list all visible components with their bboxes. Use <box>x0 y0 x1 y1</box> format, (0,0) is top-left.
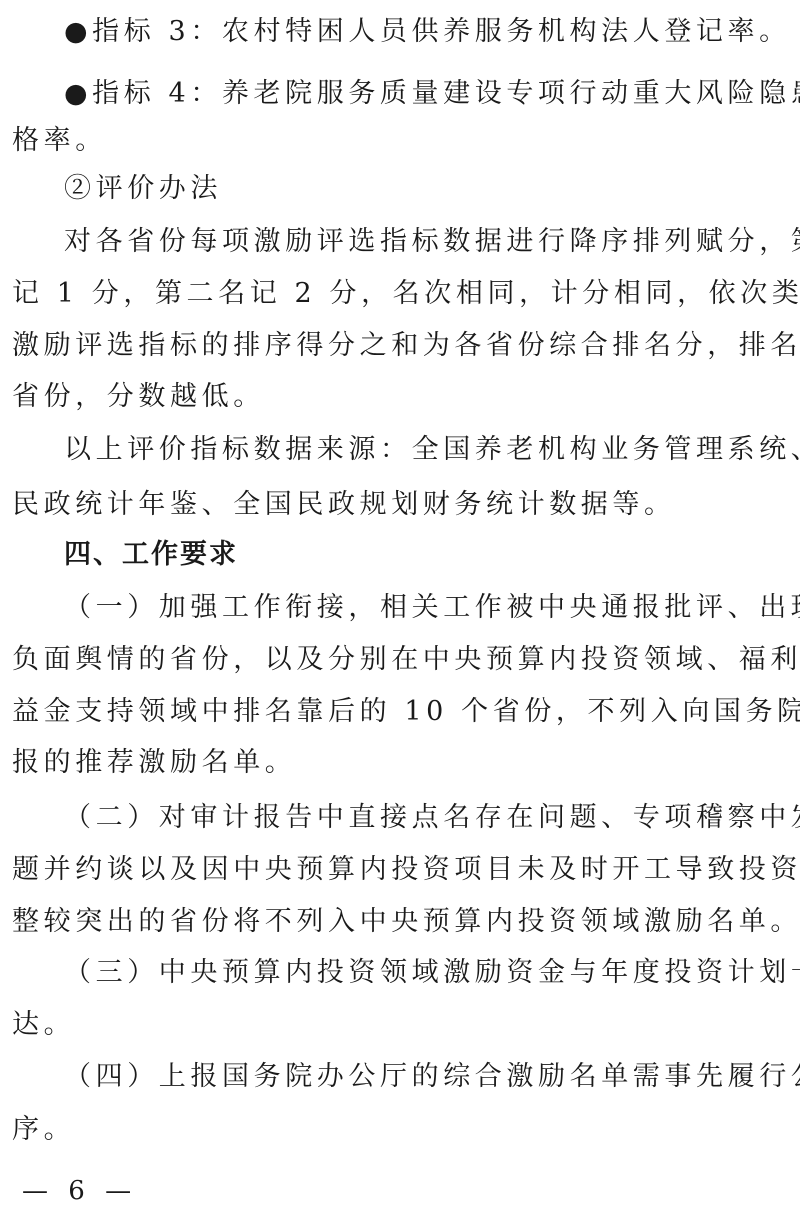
paragraph-line: 整较突出的省份将不列入中央预算内投资领域激励名单。 <box>12 905 792 939</box>
evaluation-method-title: ②评价办法 <box>64 172 792 206</box>
paragraph-line: 以上评价指标数据来源：全国养老机构业务管理系统、中国 <box>64 433 792 467</box>
indicator-4-cont: 格率。 <box>12 124 792 158</box>
paragraph-line: （二）对审计报告中直接点名存在问题、专项稽察中发现问 <box>64 801 792 835</box>
paragraph-line: 益金支持领域中排名靠后的 10 个省份，不列入向国务院办公厅上 <box>12 695 792 729</box>
indicator-3: ●指标 3：农村特困人员供养服务机构法人登记率。 <box>64 15 792 49</box>
paragraph-line: 题并约谈以及因中央预算内投资项目未及时开工导致投资计划调 <box>12 853 792 887</box>
indicator-4: ●指标 4：养老院服务质量建设专项行动重大风险隐患整治合 <box>64 77 792 111</box>
paragraph-line: 激励评选指标的排序得分之和为各省份综合排名分，排名越高的 <box>12 329 792 363</box>
paragraph-line: 序。 <box>12 1113 792 1147</box>
paragraph-line: 达。 <box>12 1008 792 1042</box>
paragraph-line: （一）加强工作衔接，相关工作被中央通报批评、出现重大 <box>64 591 792 625</box>
paragraph-line: （四）上报国务院办公厅的综合激励名单需事先履行公示程 <box>64 1060 792 1094</box>
paragraph-line: 对各省份每项激励评选指标数据进行降序排列赋分，第一名 <box>64 225 792 259</box>
section-heading: 四、工作要求 <box>64 538 792 572</box>
paragraph-line: 民政统计年鉴、全国民政规划财务统计数据等。 <box>12 488 792 522</box>
page-number: — 6 — <box>22 1174 137 1208</box>
paragraph-line: 省份，分数越低。 <box>12 380 792 414</box>
paragraph-line: 负面舆情的省份，以及分别在中央预算内投资领域、福利彩票公 <box>12 643 792 677</box>
paragraph-line: 记 1 分，第二名记 2 分，名次相同，计分相同，依次类推；四项 <box>12 277 792 311</box>
paragraph-line: 报的推荐激励名单。 <box>12 746 792 780</box>
paragraph-line: （三）中央预算内投资领域激励资金与年度投资计划一并下 <box>64 956 792 990</box>
